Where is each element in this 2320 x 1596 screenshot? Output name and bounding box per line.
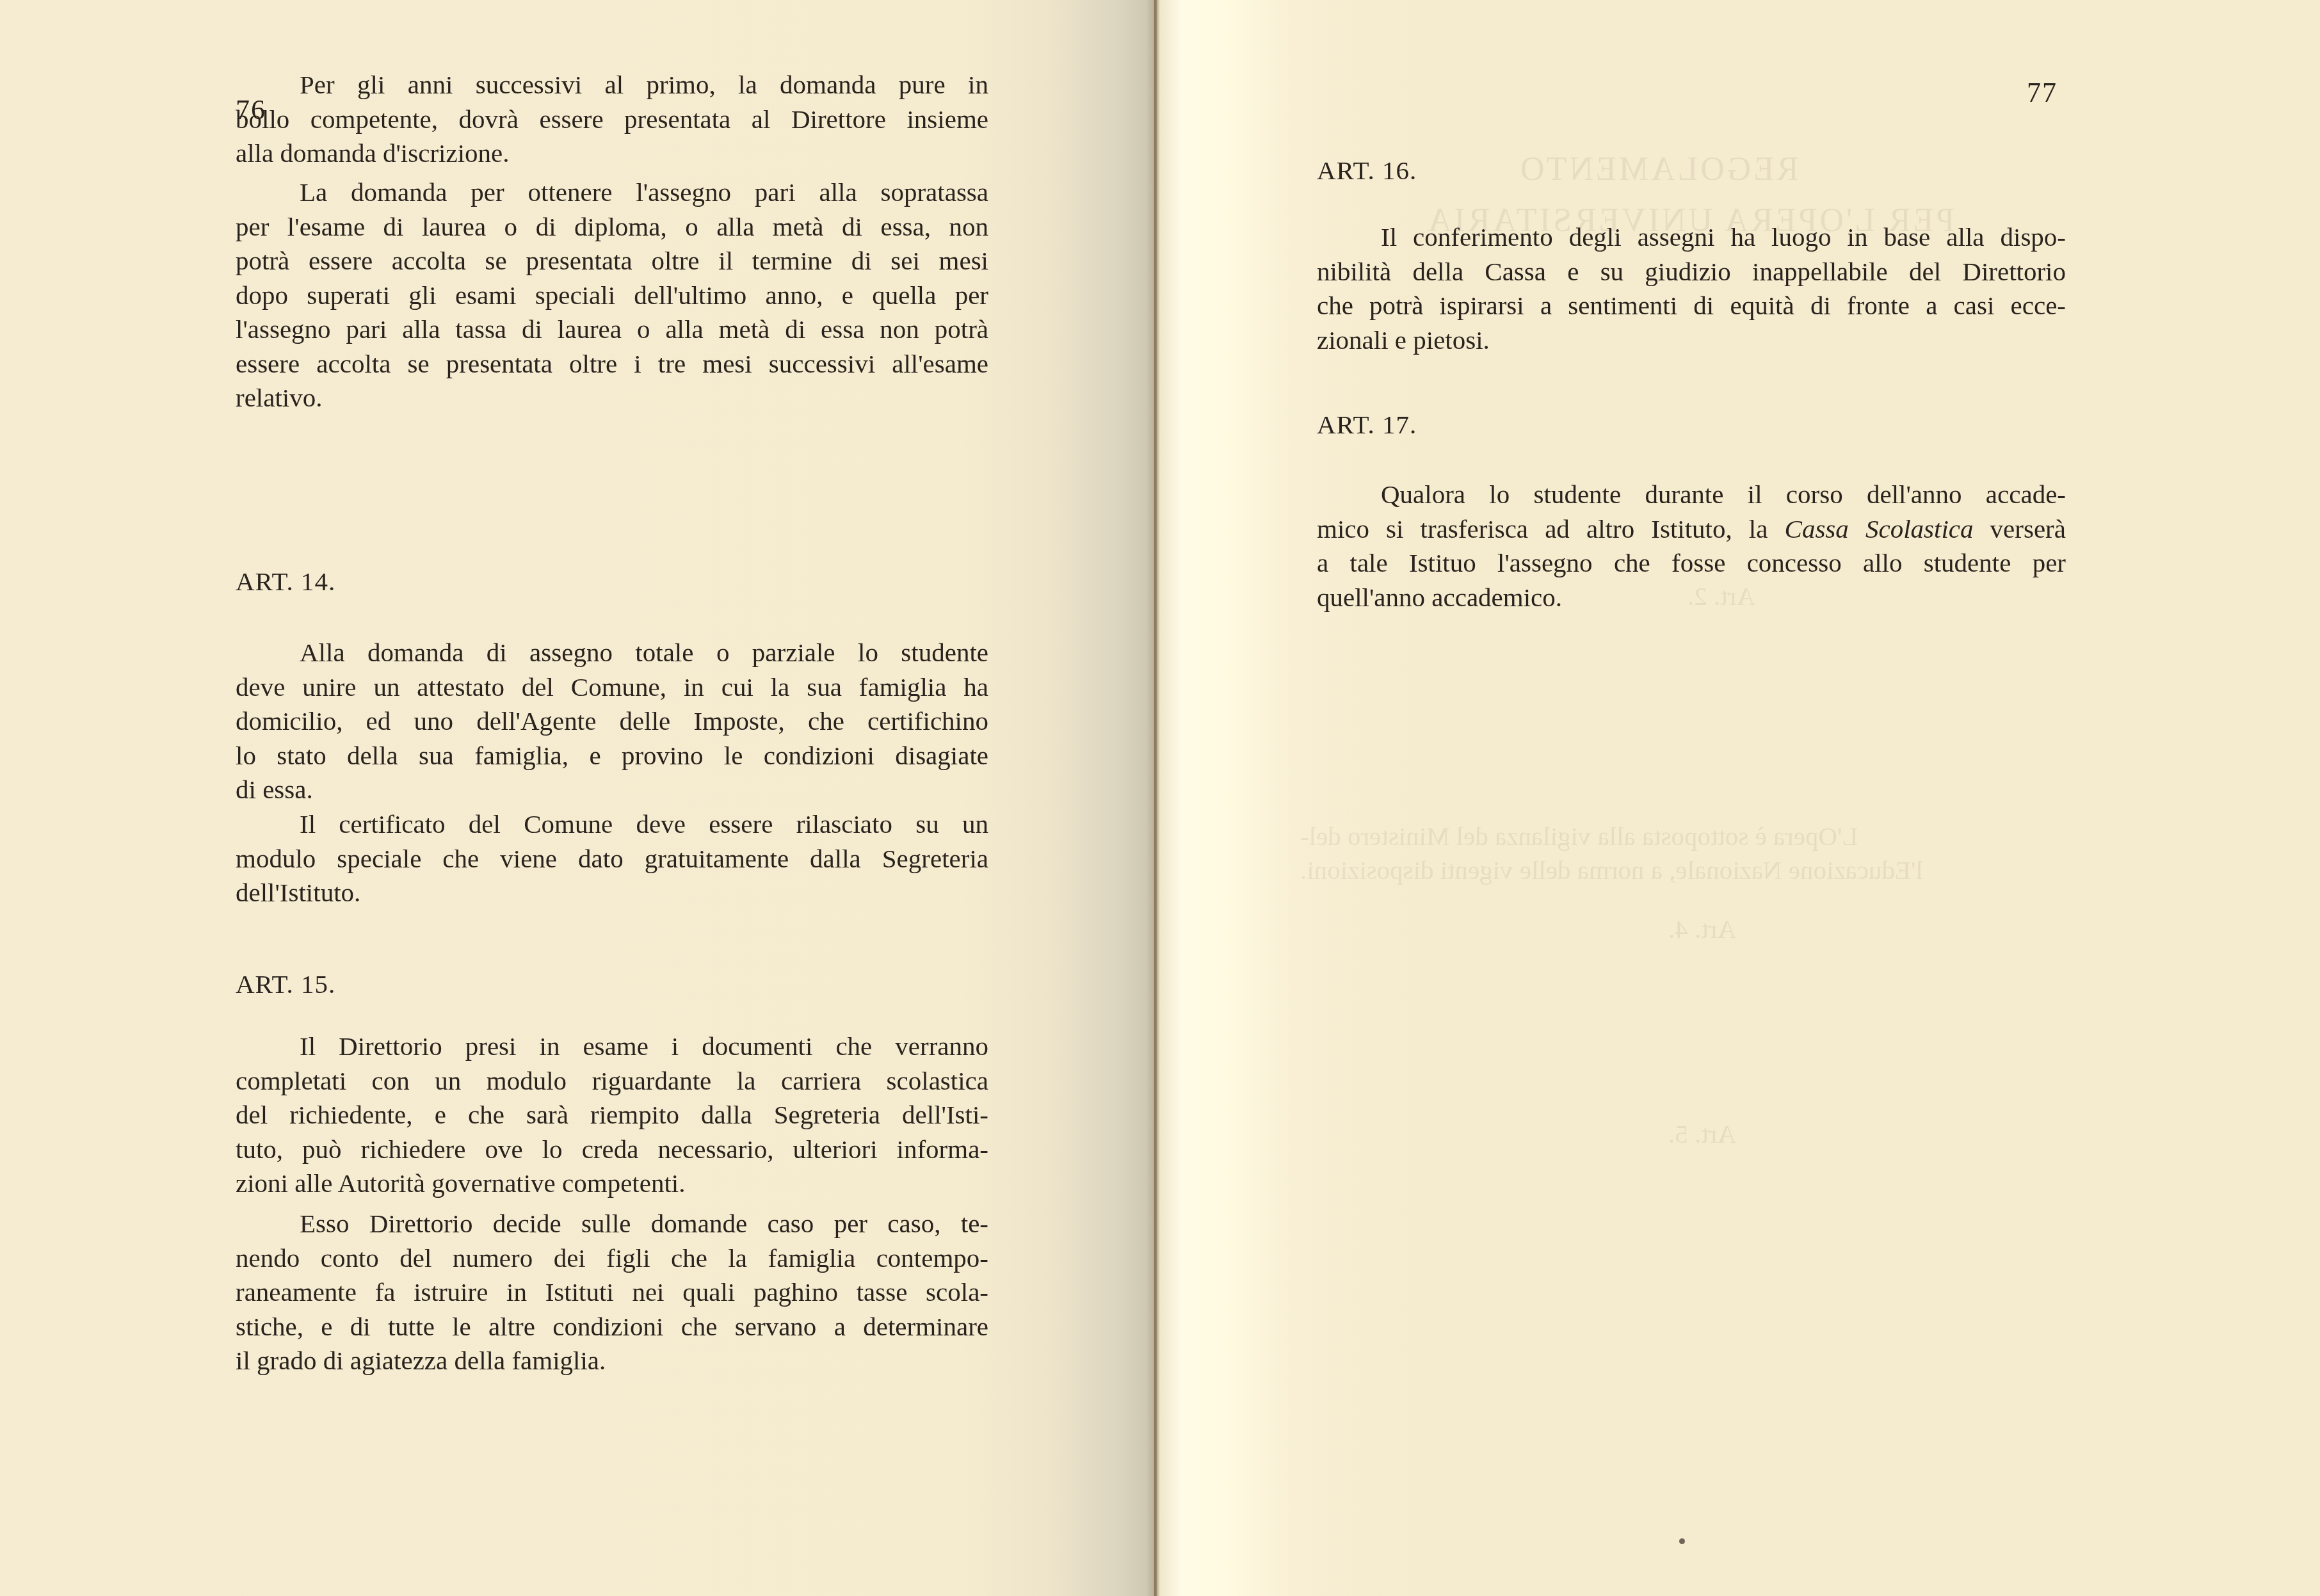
text-line: nibilità della Cassa e su giudizio inapp…	[1317, 255, 2066, 289]
article-heading-text: ART. 14.	[236, 567, 335, 596]
text-line: tuto, può richiedere ove lo creda necess…	[236, 1133, 988, 1167]
paragraph: Il conferimento degli assegni ha luogo i…	[1317, 220, 2066, 357]
italic-phrase-cassa-scolastica: Cassa Scolastica	[1785, 514, 1974, 544]
article-heading-text: ART. 15.	[236, 969, 335, 999]
text-line: La domanda per ottenere l'assegno pari a…	[236, 175, 988, 210]
bleed-through-text: Art. 4.	[1668, 912, 1736, 947]
article-heading-16: ART. 16.	[1317, 157, 2066, 184]
text-line: Esso Direttorio decide sulle domande cas…	[236, 1207, 988, 1241]
text-line: per l'esame di laurea o di diploma, o al…	[236, 210, 988, 245]
article-heading-text: ART. 17.	[1317, 410, 1417, 439]
paragraph: Il certificato del Comune deve essere ri…	[236, 807, 988, 910]
right-page: REGOLAMENTO PER L'OPERA UNIVERSITARIA Ar…	[1156, 0, 2320, 1596]
text-line: Il conferimento degli assegni ha luogo i…	[1317, 220, 2066, 255]
text-line: a tale Istituo l'assegno che fosse conce…	[1317, 546, 2066, 581]
text-line: l'assegno pari alla tassa di laurea o al…	[236, 312, 988, 347]
text-line: Alla domanda di assegno totale o parzial…	[236, 636, 988, 670]
text-line: potrà essere accolta se presentata oltre…	[236, 244, 988, 278]
bleed-through-text: L'Opera è sottoposta alla vigilanza del …	[1300, 819, 1858, 854]
text-line: lo stato della sua famiglia, e provino l…	[236, 739, 988, 773]
left-page: 76 Per gli anni successivi al primo, la …	[0, 0, 1156, 1596]
text-line: alla domanda d'iscrizione.	[236, 136, 988, 171]
text-line: relativo.	[236, 381, 988, 415]
paragraph: Per gli anni successivi al primo, la dom…	[236, 68, 988, 171]
paragraph: Alla domanda di assegno totale o parzial…	[236, 636, 988, 807]
text-fragment: verserà	[1973, 514, 2066, 544]
text-line: dopo superati gli esami speciali dell'ul…	[236, 278, 988, 313]
text-line: domicilio, ed uno dell'Agente delle Impo…	[236, 704, 988, 739]
text-line: zionali e pietosi.	[1317, 323, 2066, 358]
bleed-through-text: Art. 5.	[1668, 1117, 1736, 1152]
text-line: bollo competente, dovrà essere presentat…	[236, 102, 988, 137]
book-spread: 76 Per gli anni successivi al primo, la …	[0, 0, 2320, 1596]
text-fragment: mico si trasferisca ad altro Istituto, l…	[1317, 514, 1785, 544]
text-line: essere accolta se presentata oltre i tre…	[236, 347, 988, 382]
text-line: Il certificato del Comune deve essere ri…	[236, 807, 988, 842]
paragraph: Esso Direttorio decide sulle domande cas…	[236, 1207, 988, 1378]
text-line: il grado di agiatezza della famiglia.	[236, 1344, 988, 1378]
article-heading-text: ART. 16.	[1317, 156, 1417, 185]
text-line: Il Direttorio presi in esame i documenti…	[236, 1029, 988, 1064]
text-line: Per gli anni successivi al primo, la dom…	[236, 68, 988, 102]
text-line: completati con un modulo riguardante la …	[236, 1064, 988, 1099]
text-line: del richiedente, e che sarà riempito dal…	[236, 1098, 988, 1133]
article-heading-15: ART. 15.	[236, 971, 988, 997]
paper-speck	[1679, 1538, 1685, 1544]
text-line: Qualora lo studente durante il corso del…	[1317, 478, 2066, 512]
article-heading-14: ART. 14.	[236, 568, 988, 595]
paragraph: La domanda per ottenere l'assegno pari a…	[236, 175, 988, 415]
paragraph: Il Direttorio presi in esame i documenti…	[236, 1029, 988, 1201]
text-line: modulo speciale che viene dato gratuitam…	[236, 842, 988, 876]
book-gutter	[1154, 0, 1157, 1596]
bleed-through-text: l'Educazione Nazionale, a norma delle vi…	[1300, 853, 1923, 888]
text-line: dell'Istituto.	[236, 876, 988, 910]
text-line: nendo conto del numero dei figli che la …	[236, 1241, 988, 1276]
text-line: zioni alle Autorità governative competen…	[236, 1166, 988, 1201]
text-line: che potrà ispirarsi a sentimenti di equi…	[1317, 289, 2066, 323]
text-line: deve unire un attestato del Comune, in c…	[236, 670, 988, 705]
page-number-right: 77	[2027, 79, 2058, 107]
article-heading-17: ART. 17.	[1317, 412, 2066, 438]
text-line: raneamente fa istruire in Istituti nei q…	[236, 1275, 988, 1310]
text-line: di essa.	[236, 773, 988, 807]
text-line: quell'anno accademico.	[1317, 581, 2066, 615]
text-line: mico si trasferisca ad altro Istituto, l…	[1317, 512, 2066, 547]
text-line: stiche, e di tutte le altre condizioni c…	[236, 1310, 988, 1344]
paragraph: Qualora lo studente durante il corso del…	[1317, 478, 2066, 615]
